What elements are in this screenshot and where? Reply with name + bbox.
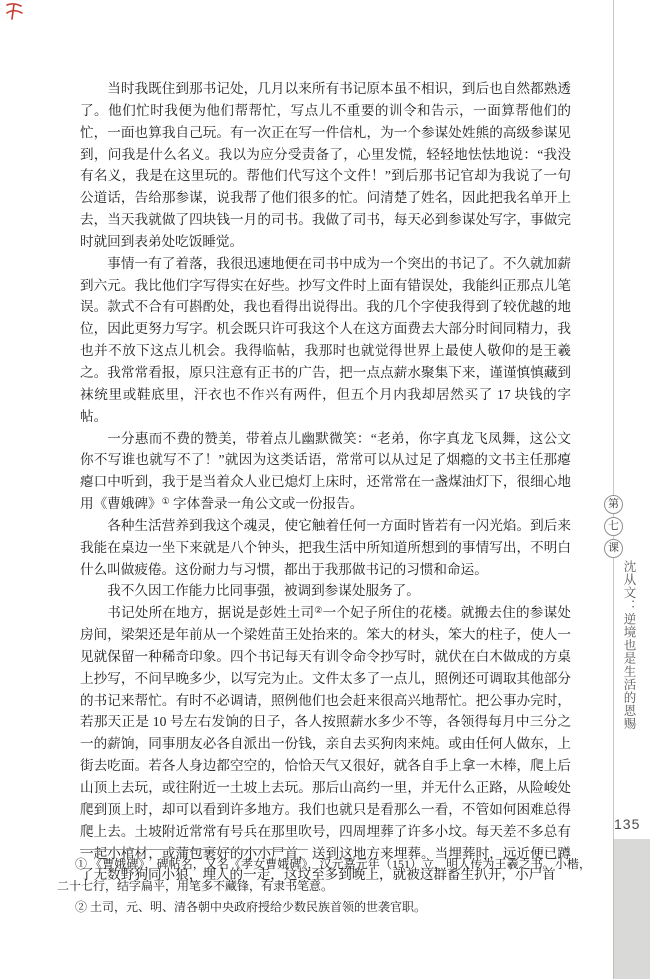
footnotes: ① 《曹娥碑》，碑帖名，又名《孝女曹娥碑》，汉元嘉元年（151）立，明人传为王羲… xyxy=(57,854,591,919)
footnote-ref: ② xyxy=(314,605,322,615)
lesson-title-vertical: 沈从文：逆境也是生活的恩赐 xyxy=(620,560,638,740)
footnote-ref: ① xyxy=(162,496,170,506)
paragraph: 一分惠而不费的赞美，带着点儿幽默微笑：“老弟，你字真龙飞凤舞，这公文你不写谁也就… xyxy=(80,428,571,515)
page-corner-tab xyxy=(613,839,650,979)
paragraph: 事情一有了着落，我很迅速地便在司书中成为一个突出的书记了。不久就加薪到六元。我比… xyxy=(80,253,571,428)
textbook-page: 当时我既住到那书记处，几月以来所有书记原本虽不相识，到后也自然都熟透了。他们忙时… xyxy=(0,0,650,979)
red-pen-mark xyxy=(3,2,25,22)
paragraph: 我不久因工作能力比同事强，被调到参谋处服务了。 xyxy=(80,580,571,602)
body-text: 当时我既住到那书记处，几月以来所有书记原本虽不相识，到后也自然都熟透了。他们忙时… xyxy=(80,78,571,886)
footnote-separator xyxy=(80,849,308,850)
sidebar-rule-line xyxy=(613,0,614,840)
paragraph: 当时我既住到那书记处，几月以来所有书记原本虽不相识，到后也自然都熟透了。他们忙时… xyxy=(80,78,571,253)
lesson-circle-char: 七 xyxy=(604,517,623,536)
lesson-circle-char: 课 xyxy=(604,539,623,558)
paragraph: 各种生活营养到我这个魂灵，使它触着任何一方面时皆若有一闪光焰。到后来我能在桌边一… xyxy=(80,515,571,581)
footnote: ① 《曹娥碑》，碑帖名，又名《孝女曹娥碑》，汉元嘉元年（151）立，明人传为王羲… xyxy=(57,854,591,897)
page-number: 135 xyxy=(614,816,650,832)
lesson-number-badge: 第七课 xyxy=(604,495,623,558)
paragraph: 书记处所在地方，据说是彭姓土司②一个妃子所住的花楼。就搬去住的参谋处房间，梁架还… xyxy=(80,602,571,886)
footnote: ② 土司，元、明、清各朝中央政府授给少数民族首领的世袭官职。 xyxy=(57,897,591,919)
lesson-circle-char: 第 xyxy=(604,495,623,514)
